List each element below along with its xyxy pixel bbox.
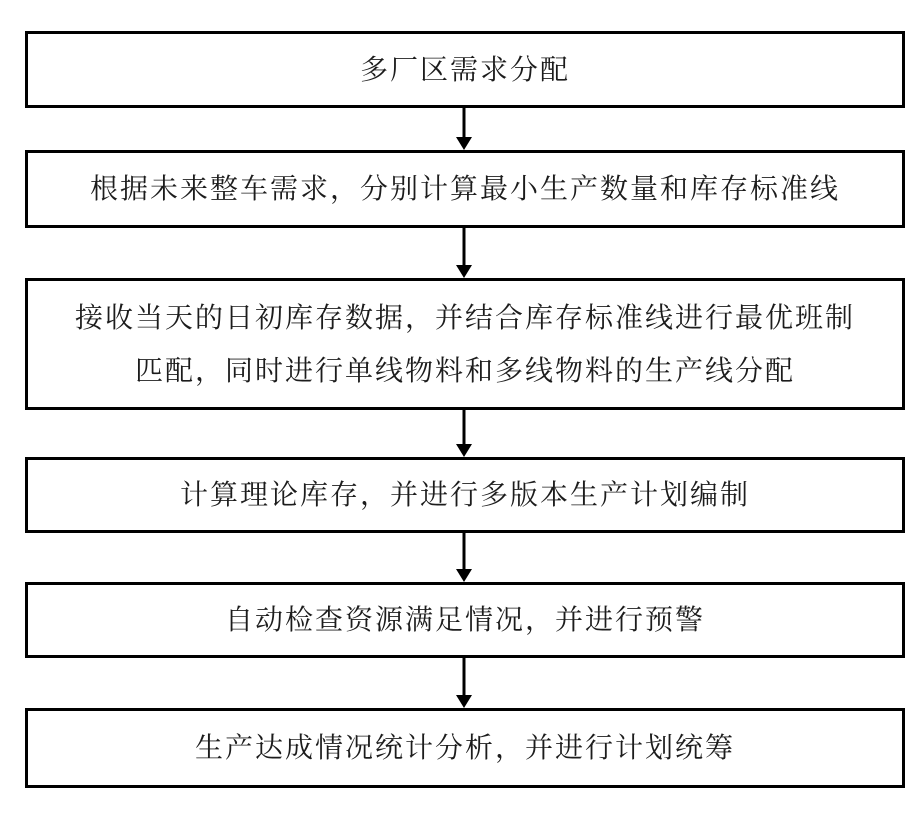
flow-step-multi-plant-demand-allocation: 多厂区需求分配 [25, 31, 905, 108]
arrow-head [456, 444, 472, 457]
arrow-down-icon [455, 108, 473, 150]
arrow-head [456, 569, 472, 582]
flow-step-label: 自动检查资源满足情况，并进行预警 [201, 593, 729, 646]
flow-step-label: 根据未来整车需求，分别计算最小生产数量和库存标准线 [66, 162, 864, 215]
flow-step-receive-inventory-shift-matching: 接收当天的日初库存数据，并结合库存标准线进行最优班制 匹配，同时进行单线物料和多… [25, 278, 905, 410]
flow-step-label: 计算理论库存，并进行多版本生产计划编制 [156, 468, 774, 521]
flow-step-label: 接收当天的日初库存数据，并结合库存标准线进行最优班制 匹配，同时进行单线物料和多… [51, 291, 879, 397]
flow-step-production-statistics-planning: 生产达成情况统计分析，并进行计划统筹 [25, 708, 905, 788]
flow-step-theoretical-inventory-plan-compilation: 计算理论库存，并进行多版本生产计划编制 [25, 457, 905, 533]
arrow-head [456, 137, 472, 150]
arrow-down-icon [455, 228, 473, 278]
arrow-shaft [463, 108, 466, 139]
arrow-shaft [463, 228, 466, 267]
arrow-down-icon [455, 533, 473, 582]
arrow-shaft [463, 533, 466, 571]
arrow-shaft [463, 658, 466, 697]
flow-step-calc-min-production-inventory-line: 根据未来整车需求，分别计算最小生产数量和库存标准线 [25, 150, 905, 228]
flowchart-canvas: 多厂区需求分配 根据未来整车需求，分别计算最小生产数量和库存标准线 接收当天的日… [0, 0, 921, 819]
flow-step-label: 生产达成情况统计分析，并进行计划统筹 [171, 721, 759, 774]
flow-step-resource-check-warning: 自动检查资源满足情况，并进行预警 [25, 582, 905, 658]
arrow-down-icon [455, 658, 473, 708]
flow-step-label: 多厂区需求分配 [336, 43, 594, 96]
arrow-shaft [463, 410, 466, 446]
arrow-head [456, 265, 472, 278]
arrow-head [456, 695, 472, 708]
arrow-down-icon [455, 410, 473, 457]
